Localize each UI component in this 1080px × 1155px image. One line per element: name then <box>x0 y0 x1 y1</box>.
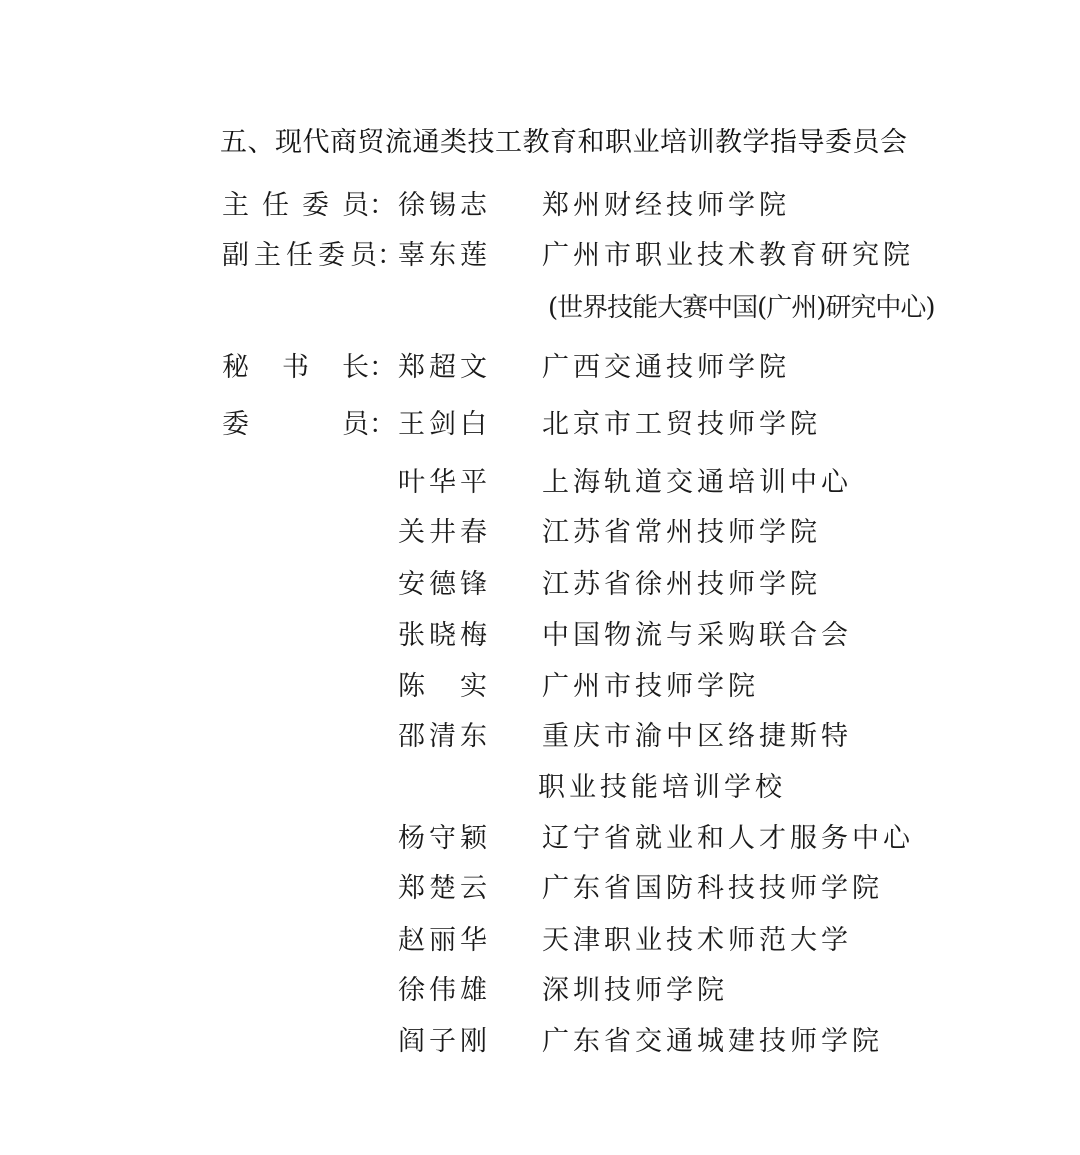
member-name: 徐锡志 <box>398 183 491 222</box>
role-char: 秘 <box>222 345 249 384</box>
member-org: 北京市工贸技师学院 <box>542 402 821 441</box>
member-name: 张晓梅 <box>398 613 491 652</box>
role-char: 委 <box>318 233 345 272</box>
member-row: 关井春 江苏省常州技师学院 <box>0 510 1080 550</box>
member-row: 徐伟雄 深圳技师学院 <box>0 968 1080 1008</box>
member-name: 赵丽华 <box>398 918 491 957</box>
member-org: 深圳技师学院 <box>542 968 728 1007</box>
member-org: 广州市职业技术教育研究院 <box>542 233 914 272</box>
member-name: 徐伟雄 <box>398 968 491 1007</box>
member-name: 郑超文 <box>398 345 491 384</box>
member-row-chair: 主 任 委 员： 徐锡志 郑州财经技师学院 <box>0 183 1080 223</box>
role-char: 员： <box>350 233 404 272</box>
member-row-cont: 职业技能培训学校 <box>0 765 1080 805</box>
member-name: 邵清东 <box>398 714 491 753</box>
member-org-note: (世界技能大赛中国(广州)研究中心) <box>548 287 935 324</box>
member-row: 张晓梅 中国物流与采购联合会 <box>0 613 1080 653</box>
member-row: 赵丽华 天津职业技术师范大学 <box>0 918 1080 958</box>
role-char: 委 <box>302 183 329 222</box>
member-name: 杨守颖 <box>398 816 491 855</box>
member-name: 郑楚云 <box>398 866 491 905</box>
role-char: 任 <box>286 233 313 272</box>
member-org: 广西交通技师学院 <box>542 345 790 384</box>
member-org-cont: 职业技能培训学校 <box>538 765 786 804</box>
member-row-committee: 委 员： 王剑白 北京市工贸技师学院 <box>0 402 1080 442</box>
member-name: 陈 实 <box>398 664 491 703</box>
member-name: 叶华平 <box>398 460 491 499</box>
member-org: 江苏省徐州技师学院 <box>542 562 821 601</box>
member-org: 广东省国防科技技师学院 <box>542 866 883 905</box>
role-char: 任 <box>262 183 289 222</box>
role-label: 秘 书 长： <box>222 345 396 384</box>
role-label: 副 主 任 委 员： <box>222 233 396 272</box>
member-org: 辽宁省就业和人才服务中心 <box>542 816 914 855</box>
member-org: 江苏省常州技师学院 <box>542 510 821 549</box>
role-char: 主 <box>254 233 281 272</box>
member-row-vice-chair-cont: (世界技能大赛中国(广州)研究中心) <box>0 287 1080 327</box>
member-name: 王剑白 <box>398 402 491 441</box>
member-org: 广州市技师学院 <box>542 664 759 703</box>
role-label: 委 员： <box>222 402 396 441</box>
role-label: 主 任 委 员： <box>222 183 396 222</box>
member-org: 广东省交通城建技师学院 <box>542 1019 883 1058</box>
member-row: 陈 实 广州市技师学院 <box>0 664 1080 704</box>
member-row: 叶华平 上海轨道交通培训中心 <box>0 460 1080 500</box>
role-char: 长： <box>342 345 396 384</box>
role-char: 员： <box>342 402 396 441</box>
member-row-vice-chair: 副 主 任 委 员： 辜东莲 广州市职业技术教育研究院 <box>0 233 1080 273</box>
member-name: 辜东莲 <box>398 233 491 272</box>
member-name: 阎子刚 <box>398 1019 491 1058</box>
member-row: 邵清东 重庆市渝中区络捷斯特 <box>0 714 1080 754</box>
member-row-secretary-general: 秘 书 长： 郑超文 广西交通技师学院 <box>0 345 1080 385</box>
member-org: 上海轨道交通培训中心 <box>542 460 852 499</box>
member-row: 安德锋 江苏省徐州技师学院 <box>0 562 1080 602</box>
document-title: 五、现代商贸流通类技工教育和职业培训教学指导委员会 <box>220 120 908 159</box>
role-char: 员： <box>342 183 396 222</box>
member-name: 安德锋 <box>398 562 491 601</box>
member-org: 重庆市渝中区络捷斯特 <box>542 714 852 753</box>
member-org: 中国物流与采购联合会 <box>542 613 852 652</box>
member-name: 关井春 <box>398 510 491 549</box>
member-row: 阎子刚 广东省交通城建技师学院 <box>0 1019 1080 1059</box>
member-org: 郑州财经技师学院 <box>542 183 790 222</box>
role-char: 书 <box>282 345 309 384</box>
member-row: 杨守颖 辽宁省就业和人才服务中心 <box>0 816 1080 856</box>
member-org: 天津职业技术师范大学 <box>542 918 852 957</box>
role-char: 委 <box>222 402 249 441</box>
role-char: 副 <box>222 233 249 272</box>
member-row: 郑楚云 广东省国防科技技师学院 <box>0 866 1080 906</box>
role-char: 主 <box>222 183 249 222</box>
